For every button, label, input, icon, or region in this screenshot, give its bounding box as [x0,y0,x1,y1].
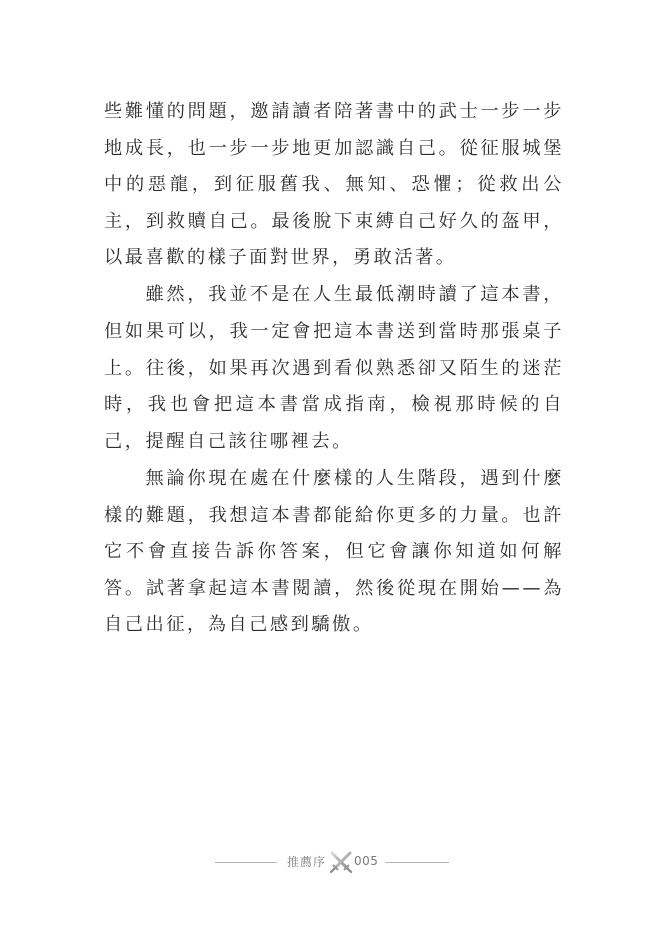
paragraph-1: 些難懂的問題，邀請讀者陪著書中的武士一步一步地成長，也一步一步地更加認識自己。從… [104,94,564,277]
crossed-swords-icon [328,849,354,875]
paragraph-3: 無論你現在處在什麼樣的人生階段，遇到什麼樣的難題，我想這本書都能給你更多的力量。… [104,461,564,644]
footer-rule-right [385,862,449,863]
page-footer: 推薦序 005 [0,851,663,873]
paragraph-2: 雖然，我並不是在人生最低潮時讀了這本書，但如果可以，我一定會把這本書送到當時那張… [104,277,564,460]
page-number: 005 [354,854,378,868]
body-text: 些難懂的問題，邀請讀者陪著書中的武士一步一步地成長，也一步一步地更加認識自己。從… [104,94,564,644]
footer-section-label: 推薦序 [287,853,326,870]
document-page: 些難懂的問題，邀請讀者陪著書中的武士一步一步地成長，也一步一步地更加認識自己。從… [0,0,663,932]
footer-rule-left [215,862,277,863]
